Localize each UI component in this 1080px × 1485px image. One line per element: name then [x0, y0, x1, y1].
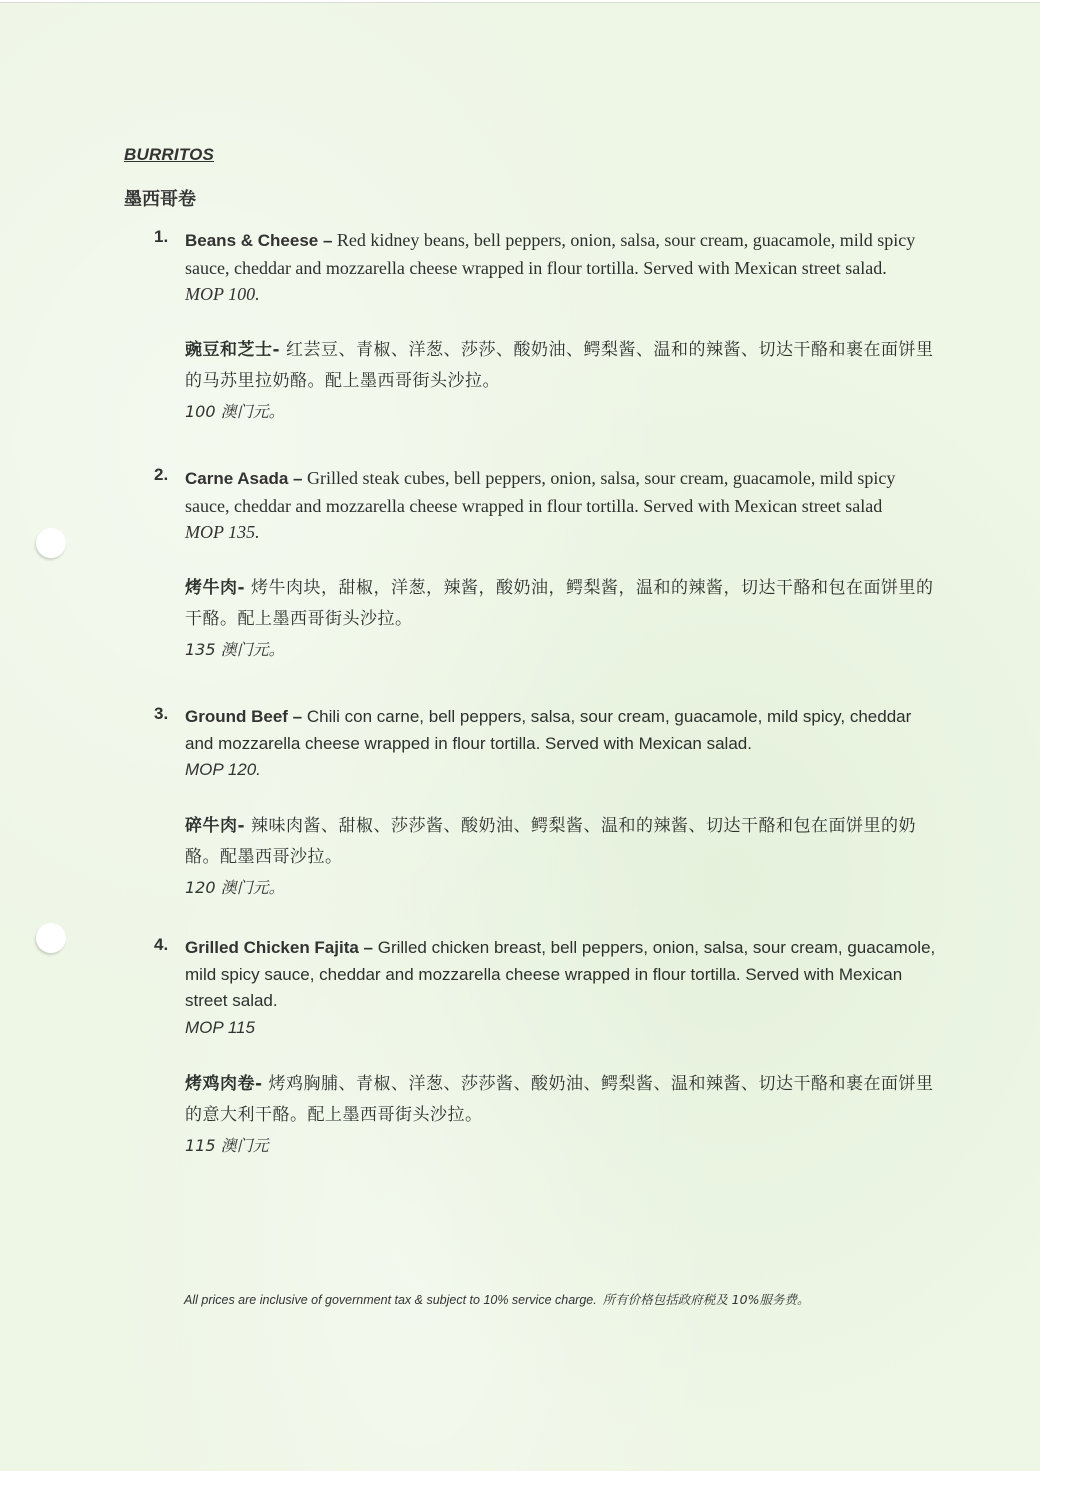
item-description: Ground Beef – Chili con carne, bell pepp… [185, 704, 944, 757]
section-title-chinese: 墨西哥卷 [124, 185, 196, 211]
menu-page: BURRITOS 墨西哥卷 1. Beans & Cheese – Red ki… [0, 2, 1040, 1471]
item-price: MOP 120. [185, 757, 944, 783]
menu-item: 3. Ground Beef – Chili con carne, bell p… [154, 704, 944, 903]
item-name-chinese: 豌豆和芝士- [185, 340, 280, 360]
item-description-chinese: 碎牛肉- 辣味肉酱、甜椒、莎莎酱、酸奶油、鳄梨酱、温和的辣酱、切达干酪和包在面饼… [185, 811, 944, 873]
item-description: Grilled Chicken Fajita – Grilled chicken… [185, 935, 944, 1015]
punch-hole [36, 923, 66, 953]
item-price: MOP 100. [185, 281, 944, 307]
item-name: Ground Beef – [185, 707, 302, 726]
menu-item: 1. Beans & Cheese – Red kidney beans, be… [154, 227, 944, 427]
menu-item: 2. Carne Asada – Grilled steak cubes, be… [154, 465, 944, 665]
item-number: 1. [154, 227, 168, 247]
item-description: Beans & Cheese – Red kidney beans, bell … [185, 227, 944, 281]
item-number: 4. [154, 935, 168, 955]
section-title: BURRITOS [124, 145, 214, 165]
item-price-chinese: 135 澳门元。 [185, 635, 944, 665]
item-description-chinese: 豌豆和芝士- 红芸豆、青椒、洋葱、莎莎、酸奶油、鳄梨酱、温和的辣酱、切达干酪和裹… [185, 335, 944, 397]
item-name-chinese: 烤牛肉- [185, 578, 245, 598]
footer-note-english: All prices are inclusive of government t… [184, 1293, 597, 1307]
item-description: Carne Asada – Grilled steak cubes, bell … [185, 465, 944, 519]
item-price-chinese: 100 澳门元。 [185, 397, 944, 427]
item-name: Carne Asada – [185, 469, 302, 488]
footer-note: All prices are inclusive of government t… [184, 1290, 809, 1308]
item-price-chinese: 120 澳门元。 [185, 873, 944, 903]
item-name: Beans & Cheese – [185, 231, 332, 250]
item-description-chinese: 烤鸡肉卷- 烤鸡胸脯、青椒、洋葱、莎莎酱、酸奶油、鳄梨酱、温和辣酱、切达干酪和裹… [185, 1069, 944, 1131]
item-number: 3. [154, 704, 168, 724]
menu-item: 4. Grilled Chicken Fajita – Grilled chic… [154, 935, 944, 1161]
item-description-chinese: 烤牛肉- 烤牛肉块，甜椒，洋葱，辣酱，酸奶油，鳄梨酱，温和的辣酱，切达干酪和包在… [185, 573, 944, 635]
item-number: 2. [154, 465, 168, 485]
item-price: MOP 115 [185, 1015, 944, 1041]
punch-hole [36, 528, 66, 558]
item-name-chinese: 碎牛肉- [185, 816, 245, 836]
item-price: MOP 135. [185, 519, 944, 545]
item-name-chinese: 烤鸡肉卷- [185, 1074, 263, 1094]
footer-note-chinese: 所有价格包括政府税及 10%服务费。 [603, 1292, 810, 1307]
item-name: Grilled Chicken Fajita – [185, 938, 373, 957]
item-price-chinese: 115 澳门元 [185, 1131, 944, 1161]
